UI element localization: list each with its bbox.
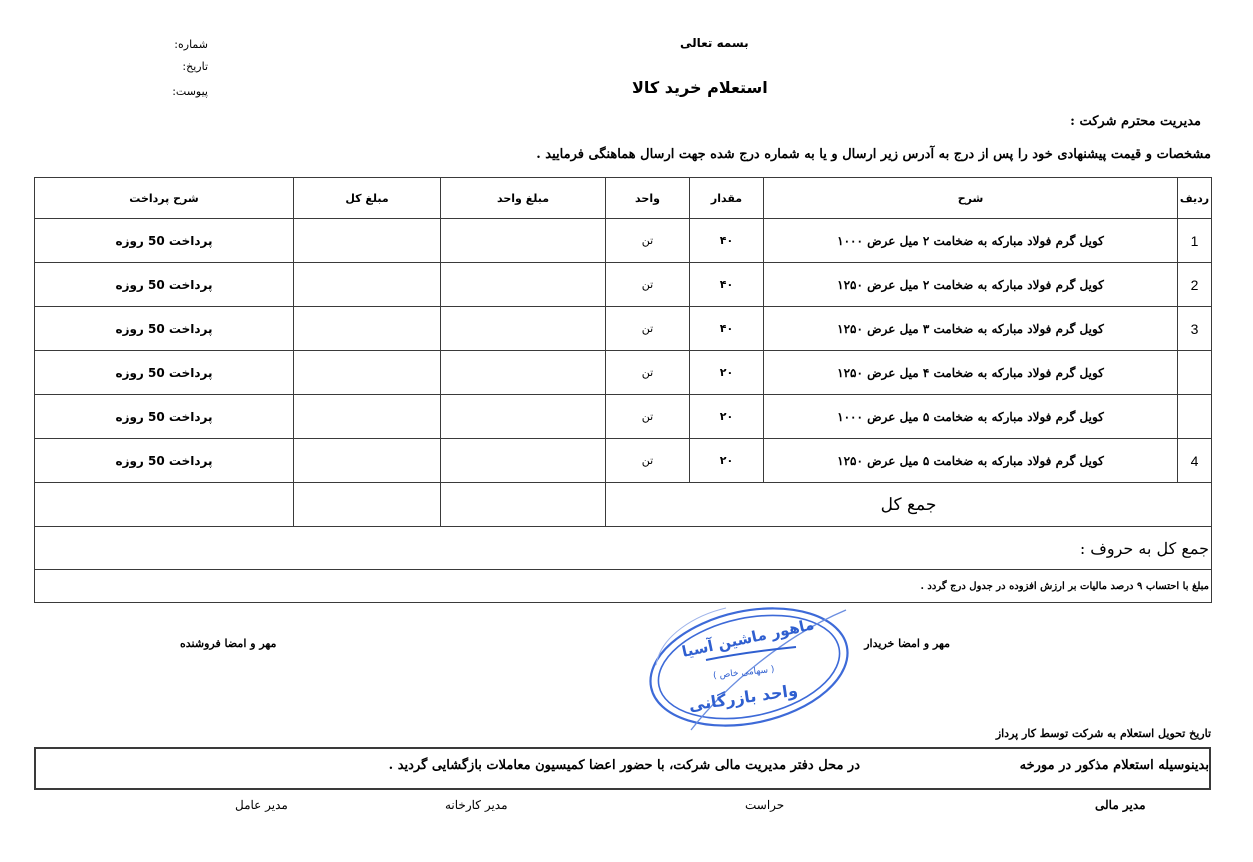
seller-signature-label: مهر و امضا فروشنده bbox=[180, 637, 276, 650]
opening-statement-part1: بدینوسیله استعلام مذکور در مورخه bbox=[1020, 758, 1209, 773]
table-row: 3 کویل گرم فولاد مبارکه به ضخامت ۳ میل ع… bbox=[35, 307, 1212, 351]
security-signature: حراست bbox=[745, 798, 784, 812]
bismillah-heading: بسمه تعالی bbox=[680, 36, 749, 50]
col-header-unit: واحد bbox=[606, 178, 690, 219]
cell-payment: پرداخت 50 روزه bbox=[35, 219, 294, 263]
table-row: کویل گرم فولاد مبارکه به ضخامت ۴ میل عرض… bbox=[35, 351, 1212, 395]
cell-total-price[interactable] bbox=[294, 219, 441, 263]
table-row: 1 کویل گرم فولاد مبارکه به ضخامت ۲ میل ع… bbox=[35, 219, 1212, 263]
cell-total-price[interactable] bbox=[294, 307, 441, 351]
opening-statement-part2: در محل دفتر مدیریت مالی شرکت، با حضور اع… bbox=[330, 758, 860, 773]
cell-unit-price[interactable] bbox=[441, 439, 606, 483]
attachment-label: پیوست: bbox=[160, 85, 208, 98]
intro-text: مشخصات و قیمت پیشنهادی خود را پس از درج … bbox=[536, 147, 1211, 162]
cell-unit-price[interactable] bbox=[441, 219, 606, 263]
cell-quantity: ۴۰ bbox=[690, 307, 764, 351]
col-header-description: شرح bbox=[764, 178, 1178, 219]
cell-radif bbox=[1178, 395, 1212, 439]
total-payment-cell[interactable] bbox=[35, 483, 294, 527]
delivery-date-label: تاریخ تحویل استعلام به شرکت توسط کار پرد… bbox=[996, 727, 1211, 740]
table-row: 2 کویل گرم فولاد مبارکه به ضخامت ۲ میل ع… bbox=[35, 263, 1212, 307]
items-table: ردیف شرح مقدار واحد مبلغ واحد مبلغ کل شر… bbox=[34, 177, 1212, 603]
total-row: جمع کل bbox=[35, 483, 1212, 527]
cell-radif: 3 bbox=[1178, 307, 1212, 351]
cell-payment: پرداخت 50 روزه bbox=[35, 395, 294, 439]
cell-unit: تن bbox=[606, 439, 690, 483]
cell-quantity: ۴۰ bbox=[690, 219, 764, 263]
tax-note: مبلغ با احتساب ۹ درصد مالیات بر ارزش افز… bbox=[35, 570, 1212, 603]
table-header-row: ردیف شرح مقدار واحد مبلغ واحد مبلغ کل شر… bbox=[35, 178, 1212, 219]
cell-unit: تن bbox=[606, 263, 690, 307]
cell-total-price[interactable] bbox=[294, 395, 441, 439]
cell-unit-price[interactable] bbox=[441, 351, 606, 395]
col-header-quantity: مقدار bbox=[690, 178, 764, 219]
tax-note-row: مبلغ با احتساب ۹ درصد مالیات بر ارزش افز… bbox=[35, 570, 1212, 603]
company-stamp: ماهور ماشین آسیا ( سهامی خاص ) واحد بازر… bbox=[636, 605, 866, 735]
cell-quantity: ۲۰ bbox=[690, 439, 764, 483]
cell-unit: تن bbox=[606, 395, 690, 439]
salutation: مدیریت محترم شرکت : bbox=[1070, 114, 1201, 129]
cell-description: کویل گرم فولاد مبارکه به ضخامت ۵ میل عرض… bbox=[764, 395, 1178, 439]
table-row: کویل گرم فولاد مبارکه به ضخامت ۵ میل عرض… bbox=[35, 395, 1212, 439]
factory-manager-signature: مدیر کارخانه bbox=[445, 798, 508, 812]
cell-unit-price[interactable] bbox=[441, 263, 606, 307]
col-header-payment: شرح پرداخت bbox=[35, 178, 294, 219]
cell-quantity: ۲۰ bbox=[690, 351, 764, 395]
cell-description: کویل گرم فولاد مبارکه به ضخامت ۵ میل عرض… bbox=[764, 439, 1178, 483]
total-label: جمع کل bbox=[606, 483, 1212, 527]
total-in-words-label: جمع کل به حروف : bbox=[35, 527, 1212, 570]
ceo-signature: مدیر عامل bbox=[235, 798, 288, 812]
cell-total-price[interactable] bbox=[294, 351, 441, 395]
cell-payment: پرداخت 50 روزه bbox=[35, 263, 294, 307]
col-header-total-price: مبلغ کل bbox=[294, 178, 441, 219]
finance-manager-signature: مدیر مالی bbox=[1095, 798, 1146, 812]
stamp-seal-icon: ماهور ماشین آسیا ( سهامی خاص ) واحد بازر… bbox=[636, 605, 866, 735]
cell-radif: 4 bbox=[1178, 439, 1212, 483]
cell-radif: 1 bbox=[1178, 219, 1212, 263]
cell-unit: تن bbox=[606, 351, 690, 395]
table-row: 4 کویل گرم فولاد مبارکه به ضخامت ۵ میل ع… bbox=[35, 439, 1212, 483]
svg-text:واحد بازرگانی: واحد بازرگانی bbox=[688, 681, 799, 715]
total-unit-price-cell[interactable] bbox=[441, 483, 606, 527]
cell-radif: 2 bbox=[1178, 263, 1212, 307]
number-label: شماره: bbox=[160, 38, 208, 51]
cell-unit: تن bbox=[606, 307, 690, 351]
cell-total-price[interactable] bbox=[294, 263, 441, 307]
cell-description: کویل گرم فولاد مبارکه به ضخامت ۲ میل عرض… bbox=[764, 219, 1178, 263]
cell-description: کویل گرم فولاد مبارکه به ضخامت ۴ میل عرض… bbox=[764, 351, 1178, 395]
cell-payment: پرداخت 50 روزه bbox=[35, 351, 294, 395]
svg-text:ماهور ماشین آسیا: ماهور ماشین آسیا bbox=[680, 615, 816, 661]
cell-payment: پرداخت 50 روزه bbox=[35, 307, 294, 351]
cell-unit-price[interactable] bbox=[441, 307, 606, 351]
page-title: استعلام خرید کالا bbox=[632, 78, 768, 97]
col-header-unit-price: مبلغ واحد bbox=[441, 178, 606, 219]
cell-description: کویل گرم فولاد مبارکه به ضخامت ۲ میل عرض… bbox=[764, 263, 1178, 307]
cell-description: کویل گرم فولاد مبارکه به ضخامت ۳ میل عرض… bbox=[764, 307, 1178, 351]
cell-unit: تن bbox=[606, 219, 690, 263]
cell-quantity: ۴۰ bbox=[690, 263, 764, 307]
cell-unit-price[interactable] bbox=[441, 395, 606, 439]
cell-quantity: ۲۰ bbox=[690, 395, 764, 439]
cell-total-price[interactable] bbox=[294, 439, 441, 483]
cell-radif bbox=[1178, 351, 1212, 395]
cell-payment: پرداخت 50 روزه bbox=[35, 439, 294, 483]
total-in-words-row: جمع کل به حروف : bbox=[35, 527, 1212, 570]
date-label: تاریخ: bbox=[160, 60, 208, 73]
col-header-radif: ردیف bbox=[1178, 178, 1212, 219]
total-price-cell[interactable] bbox=[294, 483, 441, 527]
svg-text:( سهامی خاص ): ( سهامی خاص ) bbox=[713, 665, 775, 681]
